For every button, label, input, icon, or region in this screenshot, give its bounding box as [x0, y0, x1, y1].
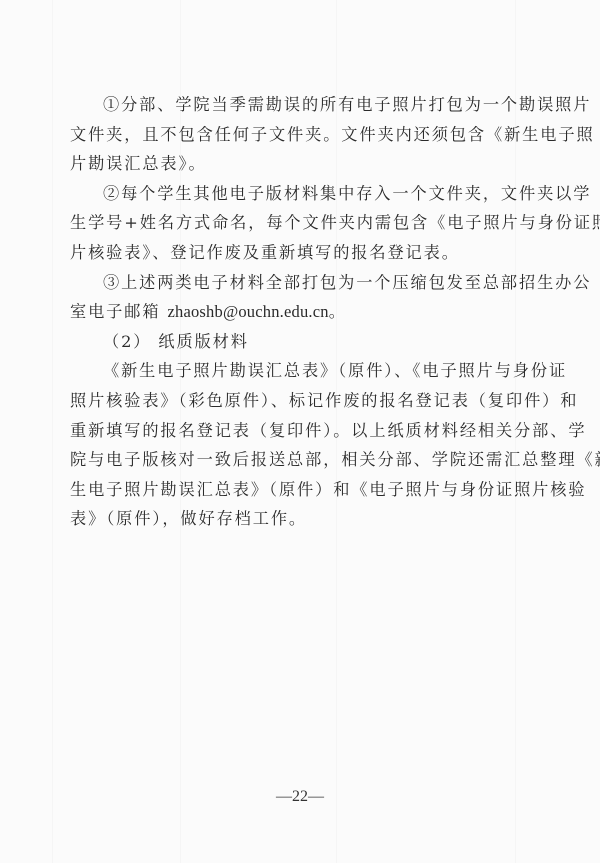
paragraph-item-1-line-1: ①分部、学院当季需勘误的所有电子照片打包为一个勘误照片 [70, 90, 522, 120]
email-address: zhaoshb@ouchn.edu.cn [167, 302, 328, 321]
email-prefix: 室电子邮箱 [70, 302, 167, 321]
paragraph-item-1-line-2: 文件夹，且不包含任何子文件夹。文件夹内还须包含《新生电子照 [70, 120, 522, 150]
paragraph-paper-line-4: 院与电子版核对一致后报送总部，相关分部、学院还需汇总整理《新 [70, 445, 522, 475]
paragraph-paper-line-6: 表》（原件），做好存档工作。 [70, 504, 522, 534]
paragraph-item-3-line-2: 室电子邮箱 zhaoshb@ouchn.edu.cn。 [70, 297, 522, 327]
paragraph-paper-line-1: 《新生电子照片勘误汇总表》（原件）、《电子照片与身份证 [70, 356, 522, 386]
document-page: ①分部、学院当季需勘误的所有电子照片打包为一个勘误照片 文件夹，且不包含任何子文… [0, 0, 600, 863]
page-number: —22— [0, 788, 600, 806]
paragraph-item-2-line-1: ②每个学生其他电子版材料集中存入一个文件夹，文件夹以学 [70, 179, 522, 209]
paragraph-item-1-line-3: 片勘误汇总表》。 [70, 149, 522, 179]
scan-artifact [52, 0, 53, 863]
paragraph-paper-line-3: 重新填写的报名登记表（复印件）。以上纸质材料经相关分部、学 [70, 416, 522, 446]
paragraph-item-2-line-2: 生学号+姓名方式命名，每个文件夹内需包含《电子照片与身份证照 [70, 208, 522, 238]
body-text: ①分部、学院当季需勘误的所有电子照片打包为一个勘误照片 文件夹，且不包含任何子文… [70, 90, 522, 534]
paragraph-item-3-line-1: ③上述两类电子材料全部打包为一个压缩包发至总部招生办公 [70, 268, 522, 298]
email-suffix: 。 [329, 302, 347, 321]
section-heading-paper-materials: （2） 纸质版材料 [70, 327, 522, 357]
paragraph-item-2-line-3: 片核验表》、登记作废及重新填写的报名登记表。 [70, 238, 522, 268]
paragraph-paper-line-5: 生电子照片勘误汇总表》（原件）和《电子照片与身份证照片核验 [70, 475, 522, 505]
paragraph-paper-line-2: 照片核验表》（彩色原件）、标记作废的报名登记表（复印件）和 [70, 386, 522, 416]
